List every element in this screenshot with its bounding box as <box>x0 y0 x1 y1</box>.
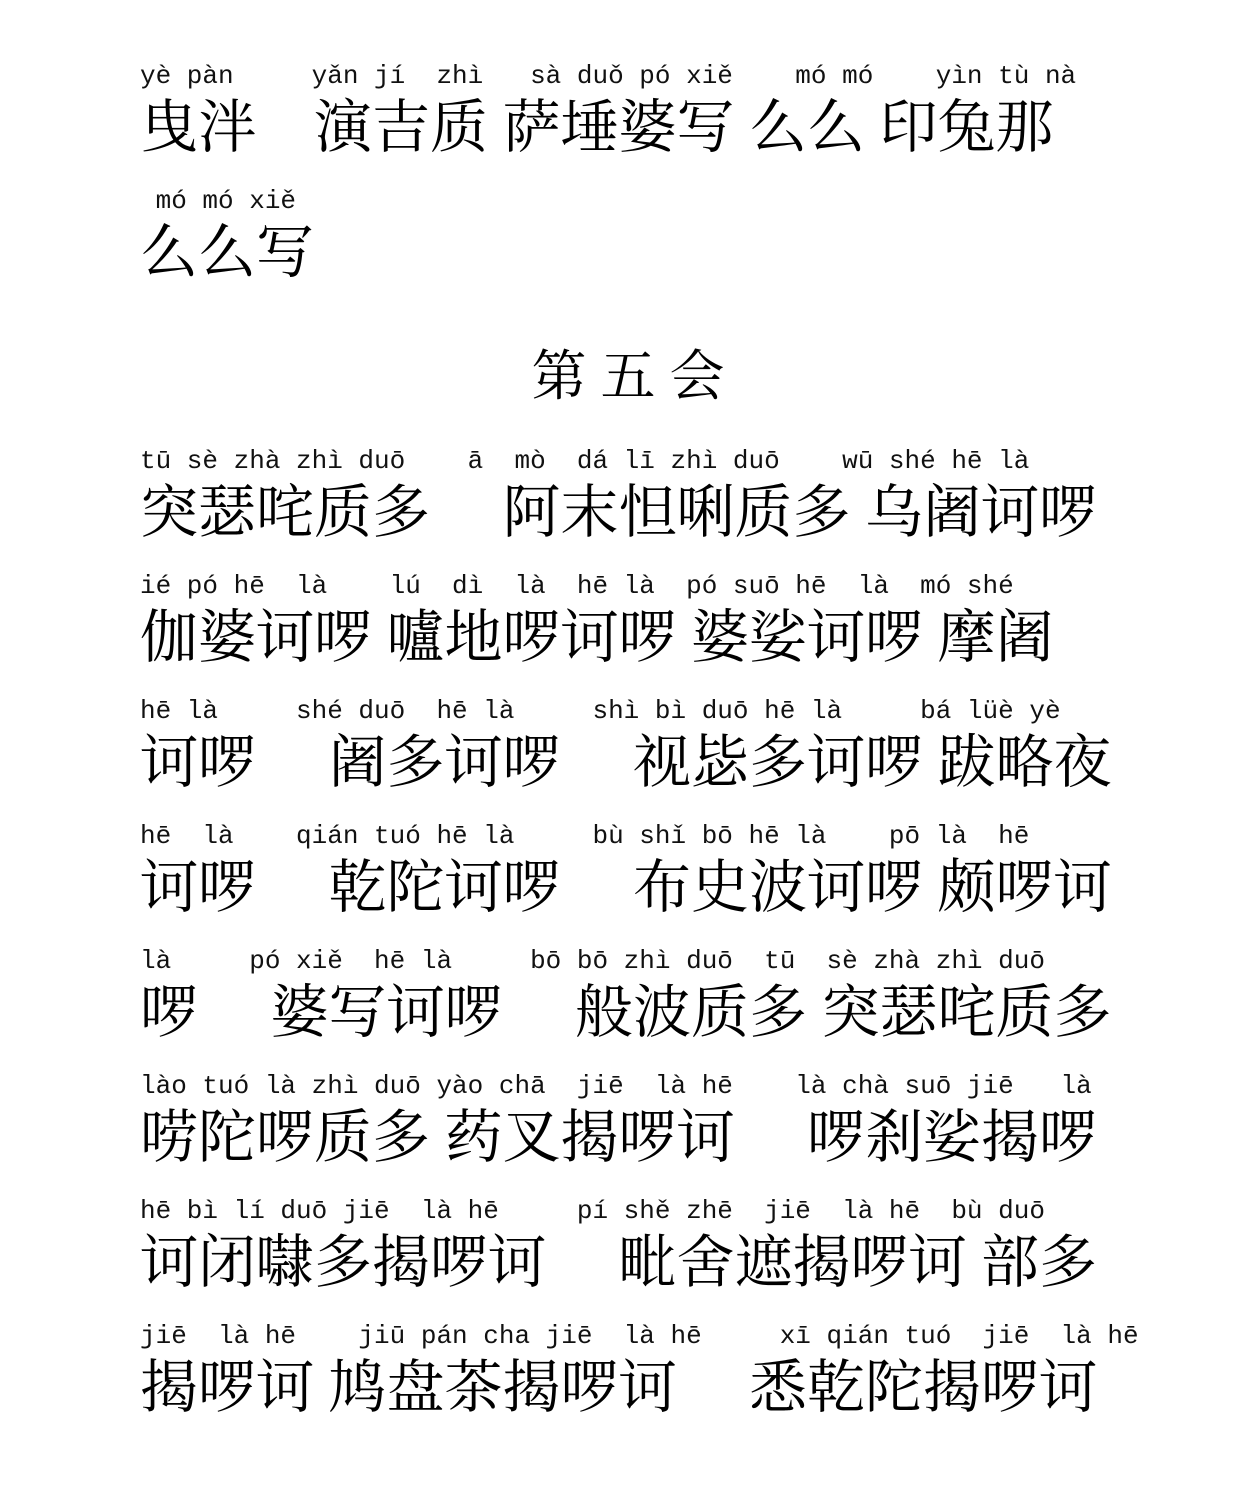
text-line: yè pàn yǎn jí zhì sà duǒ pó xiě mó mó yì… <box>140 58 1170 160</box>
pinyin-line: yè pàn yǎn jí zhì sà duǒ pó xiě mó mó yì… <box>140 58 1170 94</box>
text-line: tū sè zhà zhì duō ā mò dá lī zhì duō wū … <box>140 443 1170 545</box>
pinyin-line: mó mó xiě <box>140 183 1170 219</box>
pinyin-line: hē là shé duō hē là shì bì duō hē là bá … <box>140 693 1170 729</box>
mantra-body-section: tū sè zhà zhì duō ā mò dá lī zhì duō wū … <box>140 443 1170 1420</box>
hanzi-line: 唠陀啰质多 药叉揭啰诃 啰刹娑揭啰 <box>140 1106 1170 1170</box>
hanzi-line: 诃闭㘑多揭啰诃 毗舍遮揭啰诃 部多 <box>140 1231 1170 1295</box>
pinyin-line: hē là qián tuó hē là bù shǐ bō hē là pō … <box>140 818 1170 854</box>
hanzi-line: 诃啰 阇多诃啰 视毖多诃啰 跋略夜 <box>140 731 1170 795</box>
text-line: lào tuó là zhì duō yào chā jiē là hē là … <box>140 1068 1170 1170</box>
pinyin-line: hē bì lí duō jiē là hē pí shě zhē jiē là… <box>140 1193 1170 1229</box>
pinyin-line: tū sè zhà zhì duō ā mò dá lī zhì duō wū … <box>140 443 1170 479</box>
text-line: là pó xiě hē là bō bō zhì duō tū sè zhà … <box>140 943 1170 1045</box>
hanzi-line: 突瑟咤质多 阿末怛唎质多 乌阇诃啰 <box>140 481 1170 545</box>
text-line: hē bì lí duō jiē là hē pí shě zhē jiē là… <box>140 1193 1170 1295</box>
pinyin-line: jiē là hē jiū pán cha jiē là hē xī qián … <box>140 1318 1170 1354</box>
text-line: ié pó hē là lú dì là hē là pó suō hē là … <box>140 568 1170 670</box>
pinyin-line: ié pó hē là lú dì là hē là pó suō hē là … <box>140 568 1170 604</box>
intro-section: yè pàn yǎn jí zhì sà duǒ pó xiě mó mó yì… <box>140 58 1170 285</box>
hanzi-line: 揭啰诃 鸠盘茶揭啰诃 悉乾陀揭啰诃 <box>140 1356 1170 1420</box>
hanzi-line: 曳泮 演吉质 萨埵婆写 么么 印兔那 <box>140 96 1170 160</box>
hanzi-line: 伽婆诃啰 嚧地啰诃啰 婆娑诃啰 摩阇 <box>140 606 1170 670</box>
text-line: mó mó xiě 么么写 <box>140 183 1170 285</box>
sutra-page: yè pàn yǎn jí zhì sà duǒ pó xiě mó mó yì… <box>0 0 1240 1496</box>
hanzi-line: 么么写 <box>140 221 1170 285</box>
text-line: hē là qián tuó hē là bù shǐ bō hē là pō … <box>140 818 1170 920</box>
pinyin-line: là pó xiě hē là bō bō zhì duō tū sè zhà … <box>140 943 1170 979</box>
pinyin-line: lào tuó là zhì duō yào chā jiē là hē là … <box>140 1068 1170 1104</box>
section-heading: 第五会 <box>140 347 1130 407</box>
hanzi-line: 啰 婆写诃啰 般波质多 突瑟咤质多 <box>140 981 1170 1045</box>
hanzi-line: 诃啰 乾陀诃啰 布史波诃啰 颇啰诃 <box>140 856 1170 920</box>
text-line: jiē là hē jiū pán cha jiē là hē xī qián … <box>140 1318 1170 1420</box>
text-line: hē là shé duō hē là shì bì duō hē là bá … <box>140 693 1170 795</box>
